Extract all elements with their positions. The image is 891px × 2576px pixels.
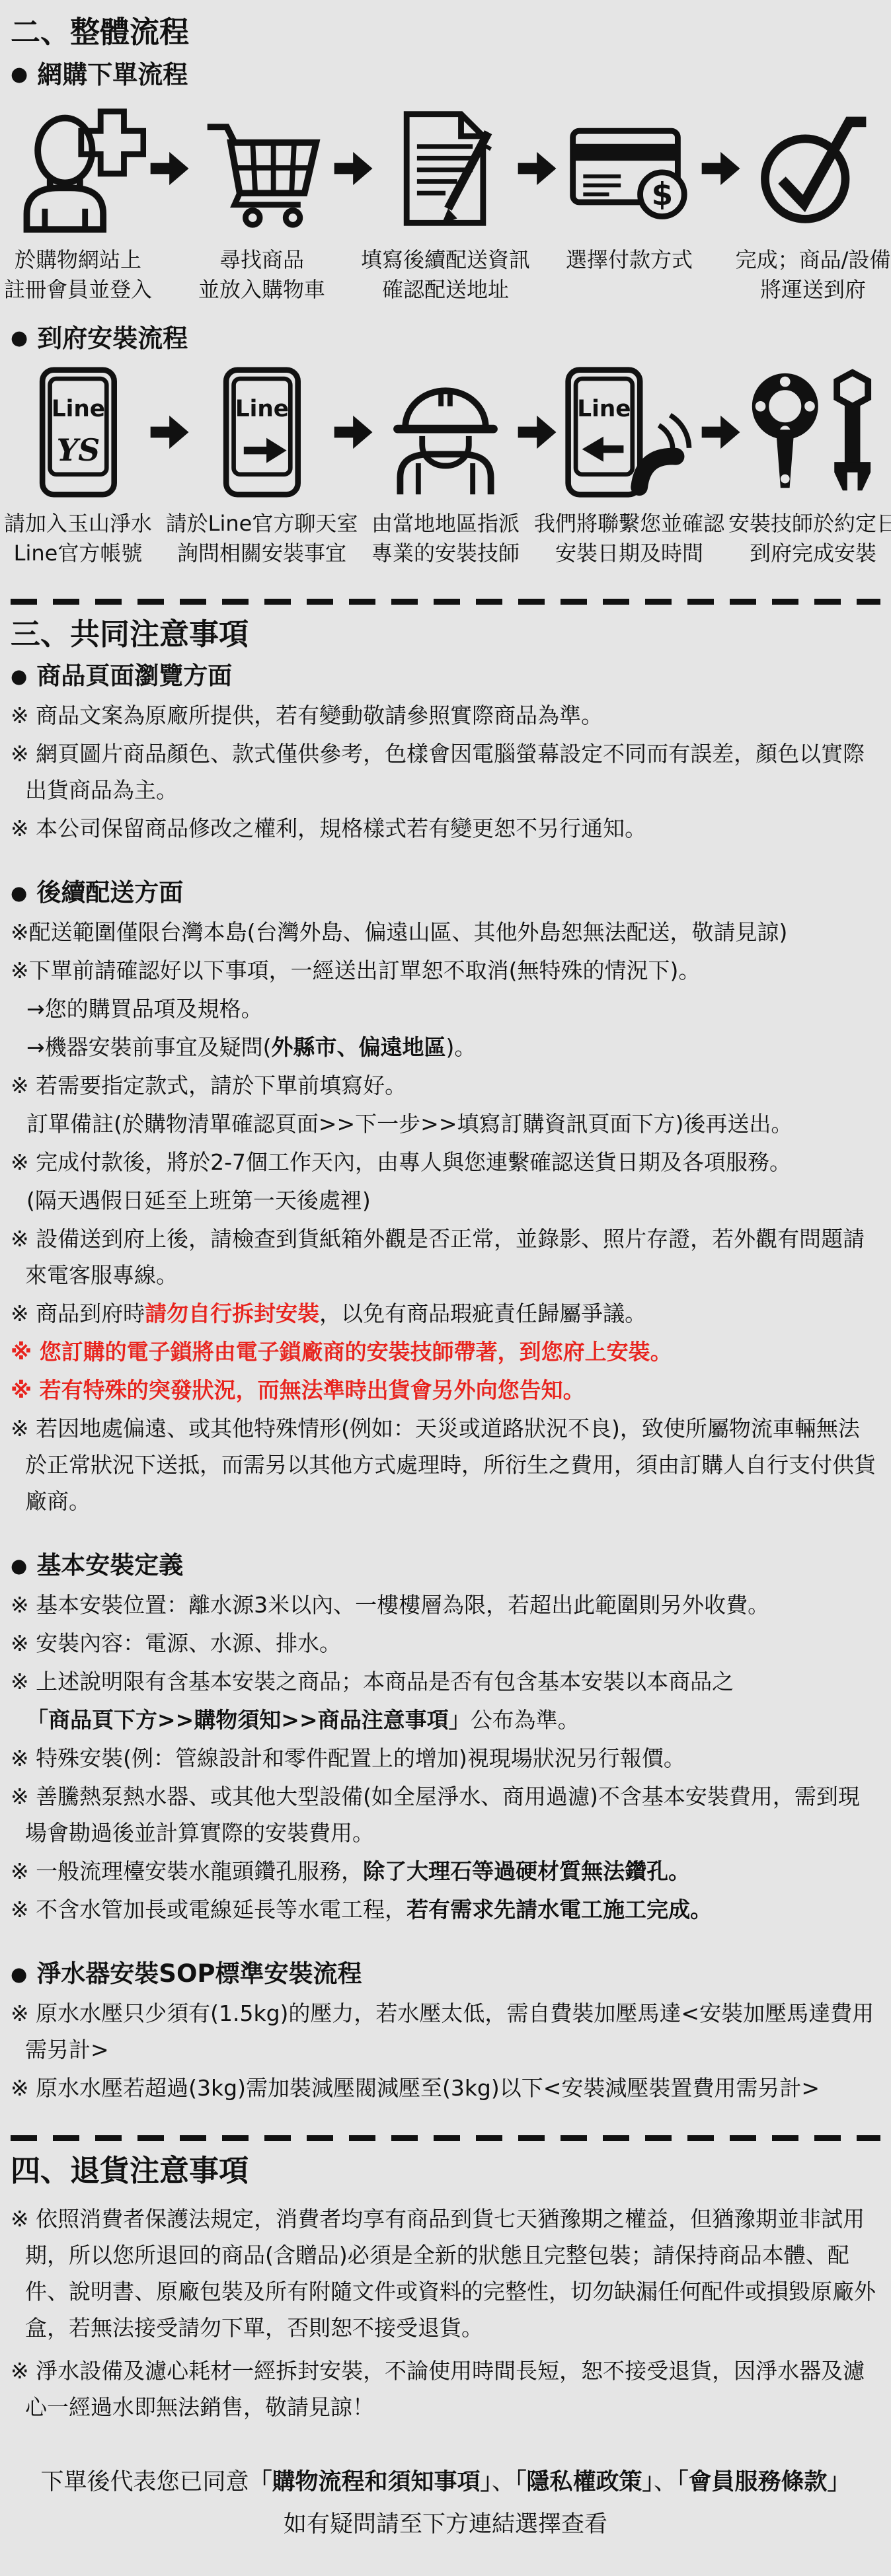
flow-step: Line 我們將聯繫您並確認 安裝日期及時間 [563,364,695,568]
plain-text: 公布為準。 [471,1707,580,1733]
plain-text: ※ 若需要指定款式，請於下單前填寫好。 [11,1073,407,1098]
plain-text: ※ 設備送到府上後，請檢查到貨紙箱外觀是否正常，並錄影、照片存證，若外觀有問題請… [11,1226,865,1288]
bullet-icon: ● [11,322,28,355]
note-line: ※ 若有特殊的突發狀況，而無法準時出貨會另外向您告知。 [11,1372,880,1408]
note-line: ※ 商品文案為原廠所提供，若有變動敬請參照實際商品為準。 [11,697,880,734]
note-line: ※ 若因地處偏遠、或其他特殊情形(例如：天災或道路狀況不良)，致使所屬物流車輛無… [11,1410,880,1519]
plain-text: ※配送範圍僅限台灣本島(台灣外島、偏遠山區、其他外島恕無法配送，敬請見諒) [11,919,787,945]
phone-line-call-icon: Line [563,364,695,500]
note-line: ※ 特殊安裝(例：管線設計和零件配置上的增加)視現場狀況另行報價。 [11,1740,880,1776]
highlight-red-text: ※ 您訂購的電子鎖將由電子鎖廠商的安裝技師帶著，到您府上安裝。 [11,1339,672,1365]
flow-step: Line 請於Line官方聊天室 詢問相關安裝事宜 [196,364,328,568]
svg-text:YS: YS [56,432,100,467]
plain-text: ，以免有商品瑕疵責任歸屬爭議。 [319,1301,646,1326]
note-line: ※ 原水水壓若超過(3kg)需加裝減壓閥減壓至(3kg)以下<安裝減壓裝置費用需… [11,2070,880,2106]
note-line: ※ 網頁圖片商品顏色、款式僅供參考，色樣會因電腦螢幕設定不同而有誤差，顏色以實際… [11,736,880,808]
bold-text: 外縣市、偏遠地區 [272,1034,446,1060]
note-line: ※ 若需要指定款式，請於下單前填寫好。 [11,1067,880,1104]
plain-text: 訂單備註(於購物清單確認頁面>>下一步>>填寫訂購資訊頁面下方)後再送出。 [26,1111,793,1137]
flow-step: 尋找商品 並放入購物車 [196,100,328,305]
plain-text: ※ 淨水設備及濾心耗材一經拆封安裝，不論使用時間長短，恕不接受退貨，因淨水器及濾… [11,2358,865,2420]
arrow-right-icon [517,412,558,455]
notes-group: ●商品頁面瀏覽方面※ 商品文案為原廠所提供，若有變動敬請參照實際商品為準。※ 網… [11,659,880,847]
plain-text: ※ 特殊安裝(例：管線設計和零件配置上的增加)視現場狀況另行報價。 [11,1745,685,1771]
plain-text: →您的購買品項及規格。 [26,996,263,1022]
plain-text: ※ 依照消費者保護法規定，消費者均享有商品到貨七天猶豫期之權益，但猶豫期並非試用… [11,2206,876,2341]
arrow-right-icon [701,412,742,455]
group-heading: ●後續配送方面 [11,876,880,910]
register-user-icon [10,100,146,236]
note-line: ※ 安裝內容：電源、水源、排水。 [11,1625,880,1661]
bold-text: 「購物流程和須知事項」 [249,2469,492,2495]
section-title-common-notes: 三、共同注意事項 [11,615,880,654]
plain-text: ※下單前請確認好以下事項，一經送出訂單恕不取消(無特殊的情況下)。 [11,958,700,983]
process-flows: ●網購下單流程 於購物網站上 註冊會員並登入 尋找商品 並放入購物車 填寫後續配… [11,58,880,579]
bullet-icon: ● [11,659,27,693]
terms-page: 二、整體流程 ●網購下單流程 於購物網站上 註冊會員並登入 尋找商品 並放入購物… [0,0,891,2576]
notes-group: ●淨水器安裝SOP標準安裝流程※ 原水水壓只少須有(1.5kg)的壓力，若水壓太… [11,1957,880,2106]
arrow-right-icon [149,412,190,455]
note-line: ※ 設備送到府上後，請檢查到貨紙箱外觀是否正常，並錄影、照片存證，若外觀有問題請… [11,1221,880,1293]
highlight-red-text: 請勿自行拆封安裝 [145,1301,319,1326]
plain-text: ※ 安裝內容：電源、水源、排水。 [11,1630,341,1656]
dashed-divider [11,599,880,605]
note-line: ※ 商品到府時請勿自行拆封安裝，以免有商品瑕疵責任歸屬爭議。 [11,1295,880,1332]
bullet-icon: ● [11,876,27,910]
plain-text: ※ 原水水壓只少須有(1.5kg)的壓力，若水壓太低，需自費裝加壓馬達<安裝加壓… [11,2000,874,2063]
note-line: →您的購買品項及規格。 [26,991,880,1027]
flow-step: 安裝技師於約定日 到府完成安裝 [747,364,879,568]
note-line: →機器安裝前事宜及疑問(外縣市、偏遠地區)。 [26,1029,880,1065]
section-title-return-notes: 四、退貨注意事項 [11,2152,880,2190]
plain-text: ※ 善騰熱泵熱水器、或其他大型設備(如全屋淨水、商用過濾)不含基本安裝費用，需到… [11,1784,860,1846]
note-line: (隔天遇假日延至上班第一天後處裡) [26,1182,880,1219]
group-heading-label: 後續配送方面 [36,876,183,910]
arrow-right-icon [149,148,190,192]
agreement-line2: 如有疑問請至下方連結選擇查看 [11,2503,880,2546]
bullet-icon: ● [11,1957,27,1991]
group-heading-label: 淨水器安裝SOP標準安裝流程 [36,1957,362,1991]
phone-line-ys-icon: Line YS [31,364,126,500]
plain-text: 、 [654,2469,677,2495]
bold-text: 除了大理石等過硬材質無法鑽孔。 [363,1858,690,1884]
bold-text: 「商品頁下方>>購物須知>>商品注意事項」 [26,1707,471,1733]
plain-text: 、 [492,2469,515,2495]
plain-text: ※ 網頁圖片商品顏色、款式僅供參考，色樣會因電腦螢幕設定不同而有誤差，顏色以實際… [11,741,865,803]
note-line: ※ 本公司保留商品修改之權利，規格樣式若有變更恕不另行通知。 [11,810,880,847]
flow-step: 填寫後續配送資訊 確認配送地址 [379,100,512,305]
plain-text: ※ 不含水管加長或電線延長等水電工程， [11,1897,407,1922]
svg-text:Line: Line [577,396,631,422]
group-heading: ●商品頁面瀏覽方面 [11,659,880,693]
flow-step: Line YS請加入玉山淨水 Line官方帳號 [12,364,144,568]
plain-text: ※ 若因地處偏遠、或其他特殊情形(例如：天災或道路狀況不良)，致使所屬物流車輛無… [11,1416,876,1514]
flow-row: 於購物網站上 註冊會員並登入 尋找商品 並放入購物車 填寫後續配送資訊 確認配送… [11,94,880,315]
flow-step: 完成；商品/設備 將運送到府 [747,100,879,305]
note-line: ※ 淨水設備及濾心耗材一經拆封安裝，不論使用時間長短，恕不接受退貨，因淨水器及濾… [11,2353,880,2425]
group-heading-label: 基本安裝定義 [36,1548,183,1583]
bold-text: 「會員服務條款」 [677,2469,851,2495]
notes-group: ●後續配送方面※配送範圍僅限台灣本島(台灣外島、偏遠山區、其他外島恕無法配送，敬… [11,876,880,1519]
note-line: ※ 善騰熱泵熱水器、或其他大型設備(如全屋淨水、商用過濾)不含基本安裝費用，需到… [11,1778,880,1851]
plain-text: ※ 商品文案為原廠所提供，若有變動敬請參照實際商品為準。 [11,702,603,728]
plain-text: (隔天遇假日延至上班第一天後處裡) [26,1188,371,1213]
svg-text:Line: Line [235,396,288,422]
phone-line-chat-icon: Line [215,364,309,500]
arrow-right-icon [333,148,374,192]
plain-text: ※ 本公司保留商品修改之權利，規格樣式若有變更恕不另行通知。 [11,815,646,841]
agreement-footer: 下單後代表您已同意「購物流程和須知事項」、「隱私權政策」、「會員服務條款」 如有… [11,2461,880,2546]
flow-heading-label: 到府安裝流程 [37,322,188,355]
plain-text: ※ 上述說明限有含基本安裝之商品；本商品是否有包含基本安裝以本商品之 [11,1669,734,1694]
plain-text: ※ 基本安裝位置：離水源3米以內、一樓樓層為限，若超出此範圍則另外收費。 [11,1592,769,1618]
return-notes-list: ※ 依照消費者保護法規定，消費者均享有商品到貨七天猶豫期之權益，但猶豫期並非試用… [11,2201,880,2425]
flow-row: Line YS請加入玉山淨水 Line官方帳號 Line 請於Line官方聊天室… [11,358,880,579]
flow-heading: ●到府安裝流程 [11,322,880,355]
group-heading: ●淨水器安裝SOP標準安裝流程 [11,1957,880,1991]
flow-step: 由當地地區指派 專業的安裝技師 [379,364,512,568]
section-title-overall-process: 二、整體流程 [11,13,880,52]
note-line: ※ 上述說明限有含基本安裝之商品；本商品是否有包含基本安裝以本商品之 [11,1663,880,1700]
bold-text: 「隱私權政策」 [515,2469,654,2495]
flow-heading-label: 網購下單流程 [37,58,188,91]
group-heading: ●基本安裝定義 [11,1548,880,1583]
note-line: ※ 依照消費者保護法規定，消費者均享有商品到貨七天猶豫期之權益，但猶豫期並非試用… [11,2201,880,2346]
note-line: ※ 基本安裝位置：離水源3米以內、一樓樓層為限，若超出此範圍則另外收費。 [11,1587,880,1623]
plain-text: )。 [446,1034,477,1060]
complete-check-icon [748,100,878,236]
svg-text:Line: Line [51,396,104,422]
bullet-icon: ● [11,1548,27,1583]
note-line: ※配送範圍僅限台灣本島(台灣外島、偏遠山區、其他外島恕無法配送，敬請見諒) [11,914,880,950]
flow-heading: ●網購下單流程 [11,58,880,91]
plain-text: 下單後代表您已同意 [40,2469,249,2495]
credit-card-icon: $ [561,100,697,236]
tools-icon [745,364,881,500]
arrow-right-icon [701,148,742,192]
arrow-right-icon [517,148,558,192]
note-line: ※ 完成付款後，將於2-7個工作天內，由專人與您連繫確認送貨日期及各項服務。 [11,1144,880,1180]
step-caption: 安裝技師於約定日 到府完成安裝 [704,509,891,568]
highlight-red-text: ※ 若有特殊的突發狀況，而無法準時出貨會另外向您告知。 [11,1377,585,1403]
flow-step: $選擇付款方式 [563,100,695,275]
plain-text: ※ 一般流理檯安裝水龍頭鑽孔服務， [11,1858,363,1884]
plain-text: →機器安裝前事宜及疑問( [26,1034,272,1060]
notes-group: ●基本安裝定義※ 基本安裝位置：離水源3米以內、一樓樓層為限，若超出此範圍則另外… [11,1548,880,1928]
bullet-icon: ● [11,58,28,91]
plain-text: ※ 原水水壓若超過(3kg)需加裝減壓閥減壓至(3kg)以下<安裝減壓裝置費用需… [11,2075,820,2101]
note-line: 「商品頁下方>>購物須知>>商品注意事項」公布為準。 [26,1702,880,1738]
bold-text: 若有需求先請水電工施工完成。 [407,1897,712,1922]
common-notes-groups: ●商品頁面瀏覽方面※ 商品文案為原廠所提供，若有變動敬請參照實際商品為準。※ 網… [11,659,880,2106]
note-line: ※ 不含水管加長或電線延長等水電工程，若有需求先請水電工施工完成。 [11,1891,880,1928]
svg-text:$: $ [652,176,674,212]
dashed-divider [11,2135,880,2141]
arrow-right-icon [333,412,374,455]
agreement-line: 下單後代表您已同意「購物流程和須知事項」、「隱私權政策」、「會員服務條款」 [11,2461,880,2503]
note-line: ※ 您訂購的電子鎖將由電子鎖廠商的安裝技師帶著，到您府上安裝。 [11,1334,880,1370]
plain-text: ※ 完成付款後，將於2-7個工作天內，由專人與您連繫確認送貨日期及各項服務。 [11,1149,791,1175]
note-line: ※下單前請確認好以下事項，一經送出訂單恕不取消(無特殊的情況下)。 [11,952,880,989]
note-line: 訂單備註(於購物清單確認頁面>>下一步>>填寫訂購資訊頁面下方)後再送出。 [26,1106,880,1142]
cart-icon [197,100,327,236]
technician-icon [381,364,510,500]
group-heading-label: 商品頁面瀏覽方面 [36,659,232,693]
note-line: ※ 一般流理檯安裝水龍頭鑽孔服務，除了大理石等過硬材質無法鑽孔。 [11,1853,880,1889]
note-line: ※ 原水水壓只少須有(1.5kg)的壓力，若水壓太低，需自費裝加壓馬達<安裝加壓… [11,1995,880,2068]
flow-step: 於購物網站上 註冊會員並登入 [12,100,144,305]
plain-text: ※ 商品到府時 [11,1301,145,1326]
order-form-icon [381,100,510,236]
step-caption: 完成；商品/設備 將運送到府 [704,245,891,305]
